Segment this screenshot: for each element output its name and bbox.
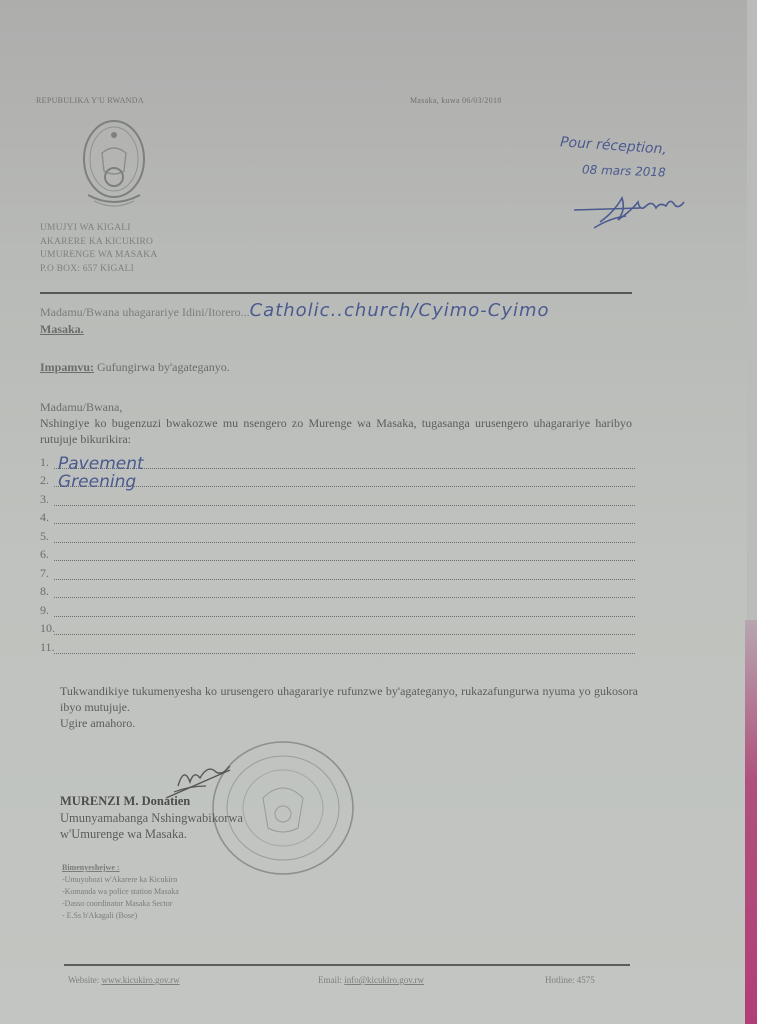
list-item-number: 5. xyxy=(40,529,49,544)
dotted-line xyxy=(54,486,635,487)
deficiency-list: 1.Pavement2.Greening3.4.5.6.7.8.9.10.11. xyxy=(40,453,635,657)
copies-block: Bimenyeshejwe : -Umuyobozi w'Akarere ka … xyxy=(62,862,179,922)
dotted-line xyxy=(54,653,635,654)
signatory-office: w'Umurenge wa Masaka. xyxy=(60,827,187,843)
letterhead-line-city: UMUJYI WA KIGALI xyxy=(40,222,157,236)
footer-email-label: Email: xyxy=(318,975,342,985)
header-divider xyxy=(40,292,632,294)
dotted-line xyxy=(54,523,635,524)
copies-recipient: -Umuyobozi w'Akarere ka Kicukiro xyxy=(62,874,179,886)
list-item: 8. xyxy=(40,583,635,602)
footer-divider xyxy=(64,964,630,966)
list-item: 2.Greening xyxy=(40,472,635,491)
list-item: 7. xyxy=(40,564,635,583)
subject-text: Gufungirwa by'agateganyo. xyxy=(97,360,230,374)
list-item-number: 10. xyxy=(40,621,55,636)
dotted-line xyxy=(54,616,635,617)
list-item-value: Pavement xyxy=(58,454,144,474)
list-item: 3. xyxy=(40,490,635,509)
letterhead-address: UMUJYI WA KIGALI AKARERE KA KICUKIRO UMU… xyxy=(40,222,157,276)
signatory-title: Umunyamabanga Nshingwabikorwa xyxy=(60,811,243,827)
closing-paragraph: Tukwandikiye tukumenyesha ko urusengero … xyxy=(60,684,638,715)
dotted-line xyxy=(54,634,635,635)
footer-website-label: Website: xyxy=(68,975,99,985)
dotted-line xyxy=(54,579,635,580)
receipt-note-line1: Pour réception, xyxy=(560,134,668,157)
list-item-number: 1. xyxy=(40,455,49,470)
list-item-number: 6. xyxy=(40,547,49,562)
salutation: Madamu/Bwana, xyxy=(40,400,122,416)
list-item: 4. xyxy=(40,509,635,528)
addressee-handwritten: Catholic..church/Cyimo-Cyimo xyxy=(250,300,550,321)
list-item: 11. xyxy=(40,638,635,657)
letterhead-line-sector: UMURENGE WA MASAKA xyxy=(40,249,157,263)
letterhead-line-district: AKARERE KA KICUKIRO xyxy=(40,236,157,250)
list-item: 10. xyxy=(40,620,635,639)
rwanda-coat-of-arms-icon xyxy=(68,113,160,213)
footer-hotline-number: 4575 xyxy=(577,975,595,985)
list-item-number: 3. xyxy=(40,492,49,507)
intro-paragraph: Nshingiye ko bugenzuzi bwakozwe mu nseng… xyxy=(40,416,632,447)
footer-hotline-label: Hotline: xyxy=(545,975,575,985)
addressee-prefix: Madamu/Bwana uhagarariye Idini/Itorero..… xyxy=(40,305,250,319)
dotted-line xyxy=(54,560,635,561)
letter-page: REPUBULIKA Y'U RWANDA Masaka, kuwa 06/03… xyxy=(0,0,747,1024)
footer-hotline: Hotline: 4575 xyxy=(545,975,595,985)
list-item-number: 4. xyxy=(40,510,49,525)
dotted-line xyxy=(54,505,635,506)
list-item: 6. xyxy=(40,546,635,565)
letterhead-line-pobox: P.O BOX: 657 KIGALI xyxy=(40,263,157,277)
copies-recipient: - E.Ss b'Akagali (Bose) xyxy=(62,910,179,922)
footer-website: Website: www.kicukiro.gov.rw xyxy=(68,975,180,985)
list-item: 9. xyxy=(40,601,635,620)
subject-label: Impamvu: xyxy=(40,360,94,374)
dotted-line xyxy=(54,597,635,598)
receipt-note-date: 08 mars 2018 xyxy=(582,163,666,180)
addressee-location: Masaka. xyxy=(40,322,84,338)
copies-recipient: -Komanda wa police station Masaka xyxy=(62,886,179,898)
footer-email-link[interactable]: info@kicukiro.gov.rw xyxy=(344,975,424,985)
dotted-line xyxy=(54,542,635,543)
list-item-number: 8. xyxy=(40,584,49,599)
copies-label: Bimenyeshejwe : xyxy=(62,862,179,874)
list-item-number: 2. xyxy=(40,473,49,488)
country-header: REPUBULIKA Y'U RWANDA xyxy=(36,96,144,105)
list-item-number: 11. xyxy=(40,640,55,655)
place-date: Masaka, kuwa 06/03/2018 xyxy=(410,96,502,105)
signatory-name: MURENZI M. Donatien xyxy=(60,794,190,809)
receipt-signature-icon xyxy=(570,188,700,241)
list-item-value: Greening xyxy=(58,472,136,492)
list-item-number: 9. xyxy=(40,603,49,618)
list-item: 1.Pavement xyxy=(40,453,635,472)
background-edge xyxy=(745,620,757,1024)
addressee-line: Madamu/Bwana uhagarariye Idini/Itorero..… xyxy=(40,303,550,321)
footer-email: Email: info@kicukiro.gov.rw xyxy=(318,975,424,985)
copies-recipient: -Dasso coordinator Masaka Sector xyxy=(62,898,179,910)
list-item-number: 7. xyxy=(40,566,49,581)
subject-line: Impamvu: Gufungirwa by'agateganyo. xyxy=(40,360,230,376)
list-item: 5. xyxy=(40,527,635,546)
farewell: Ugire amahoro. xyxy=(60,716,135,732)
footer-website-link[interactable]: www.kicukiro.gov.rw xyxy=(102,975,180,985)
